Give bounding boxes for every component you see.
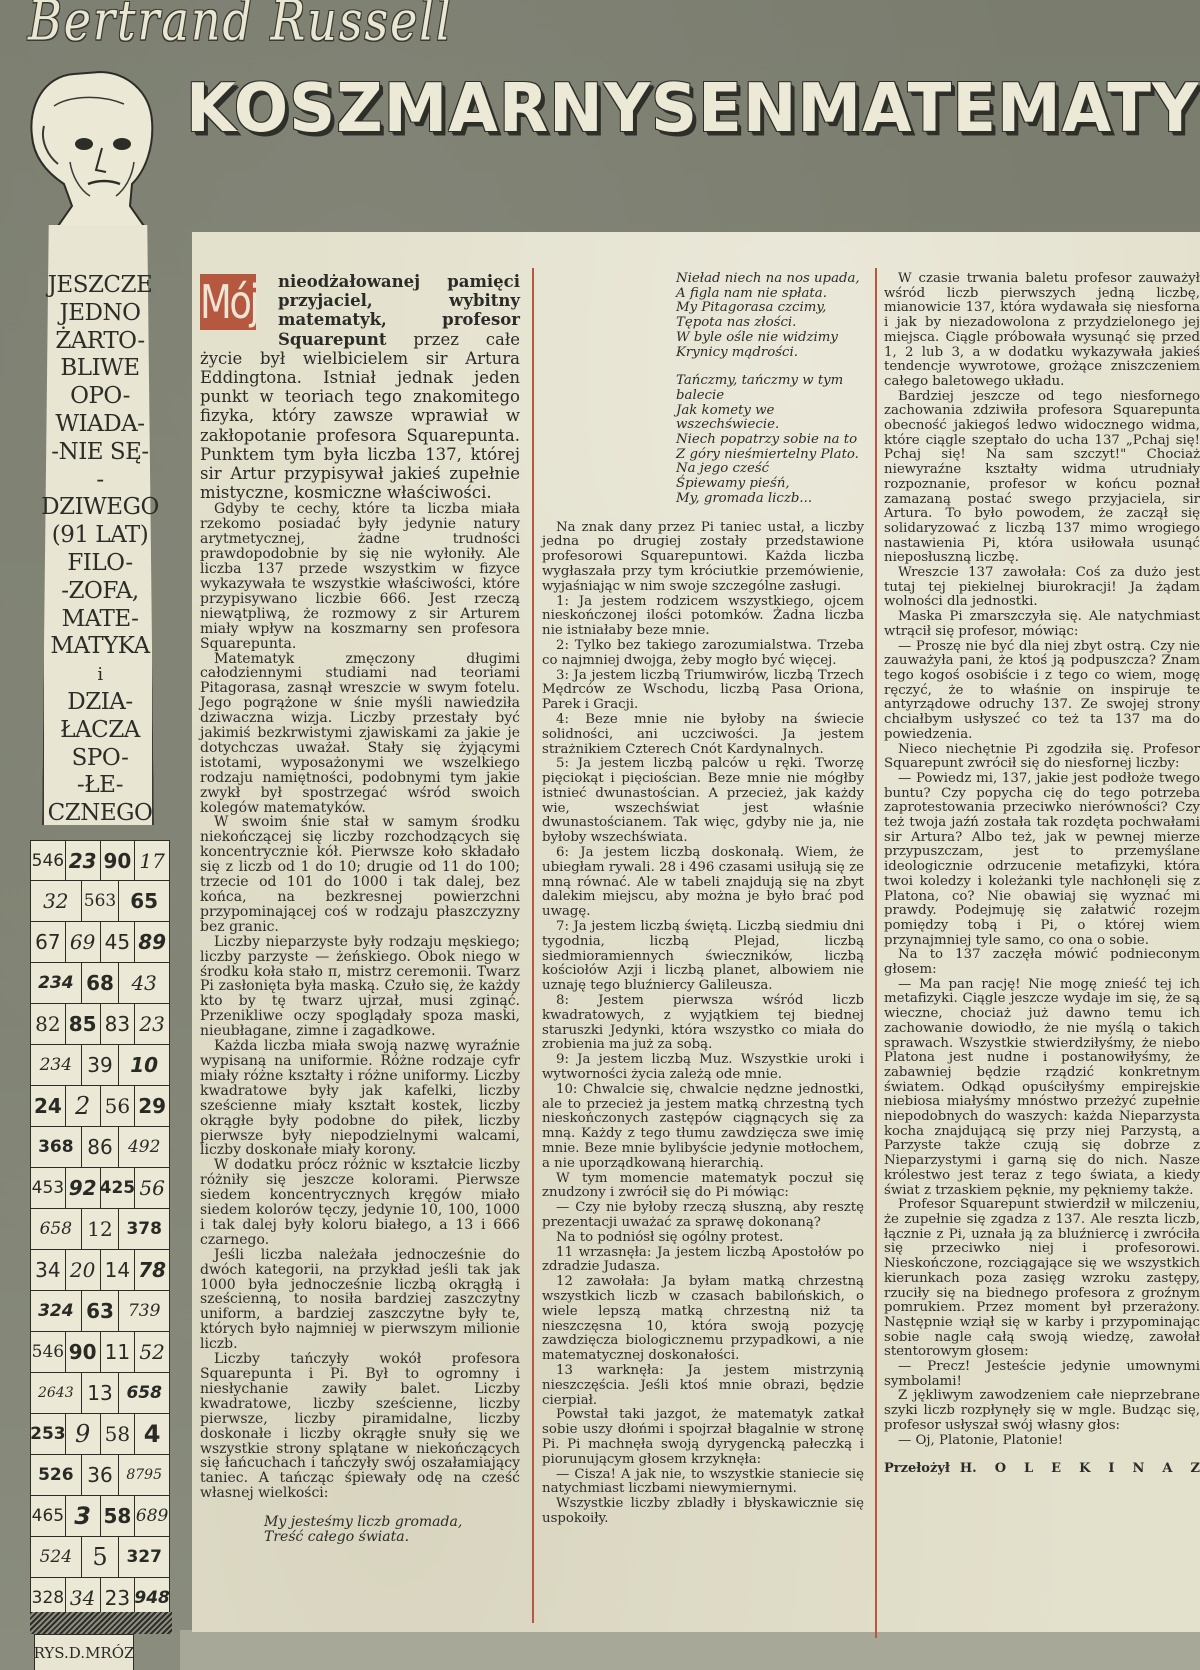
poem-verse-2: Nieład niech na nos upada,A figla nam ni…: [542, 272, 864, 360]
number-brick: 378: [119, 1209, 169, 1249]
paragraph: 12 zawołała: Ja byłam matką chrzestną ws…: [542, 1275, 864, 1364]
poem-line: Tańczmy, tańczmy w tym balecie: [612, 374, 864, 403]
translator-letter: L: [1024, 1462, 1033, 1477]
column-rule: [532, 268, 534, 1623]
brick-row: 36886492: [30, 1127, 170, 1168]
pillar-line: SPO-: [38, 745, 162, 773]
brick-row: 82858323: [30, 1004, 170, 1045]
number-brick: 234: [31, 1045, 82, 1085]
paragraph: 1: Ja jestem rodzicem wszystkiego, ojcem…: [542, 595, 864, 639]
author-name: Bertrand Russell: [28, 0, 453, 53]
number-brick: 10: [119, 1045, 169, 1085]
translator-letter: I: [1108, 1462, 1114, 1477]
lead-paragraph: Mój nieodżałowanej pamięci przyjaciel, w…: [200, 272, 520, 502]
number-brick: 82: [31, 1004, 66, 1044]
brick-row: 2346843: [30, 963, 170, 1004]
headline: KOSZMARNY SEN MATEMATYKA: [186, 70, 1196, 148]
poem-line: Śpiewamy pieśń,: [612, 477, 864, 492]
number-brick: 11: [101, 1332, 136, 1372]
brick-row: 3256365: [30, 881, 170, 922]
number-brick: 20: [66, 1250, 101, 1290]
pillar-line: -DZIWEGO: [38, 467, 162, 523]
number-brick: 45: [101, 922, 136, 962]
pillar-line: JESZCZE: [38, 272, 162, 300]
poem-line: Jak komety we wszechświecie.: [612, 404, 864, 433]
number-brick: 5: [82, 1537, 120, 1577]
column-rule: [875, 268, 877, 1638]
paragraph: Na to 137 zaczęła mówić podnieconym głos…: [884, 948, 1200, 977]
pillar-line: ŁACZA: [38, 717, 162, 745]
translator-letter: H.: [960, 1462, 977, 1477]
number-brick: 546: [31, 1332, 66, 1372]
article-column-2: Nieład niech na nos upada,A figla nam ni…: [542, 272, 864, 1527]
number-brick: 23: [66, 841, 101, 880]
number-brick: 65: [119, 881, 169, 921]
article-column-3: W czasie trwania baletu profesor zauważy…: [884, 272, 1200, 1477]
number-bricks: 5462390173256365676945892346843828583232…: [30, 840, 170, 1619]
lead-text: przez całe życie był wielbicielem sir Ar…: [200, 330, 520, 503]
number-brick: 453: [31, 1168, 66, 1208]
number-brick: 63: [82, 1291, 120, 1331]
number-brick: 85: [66, 1004, 101, 1044]
paragraph: W czasie trwania baletu profesor zauważy…: [884, 272, 1200, 390]
number-brick: 324: [31, 1291, 82, 1331]
paragraph: 2: Tylko bez takiego zarozumialstwa. Trz…: [542, 639, 864, 669]
number-brick: 58: [101, 1496, 136, 1536]
number-brick: 39: [82, 1045, 120, 1085]
pillar-line: JEDNO: [38, 300, 162, 328]
number-brick: 563: [82, 881, 120, 921]
paragraph: Na znak dany przez Pi taniec ustał, a li…: [542, 521, 864, 595]
brick-row: 2343910: [30, 1045, 170, 1086]
translator-letter: N: [1133, 1462, 1145, 1477]
number-brick: 43: [119, 963, 169, 1003]
paragraph: Wreszcie 137 zawołała: Coś za dużo jest …: [884, 566, 1200, 610]
poem-line: My Pitagorasa czcimy,: [612, 301, 864, 316]
paragraph: 11 wrzasnęła: Ja jestem liczbą Apostołów…: [542, 1246, 864, 1276]
number-brick: 8795: [119, 1455, 169, 1495]
paragraph: Matematyk zmęczony długimi całodziennymi…: [200, 652, 520, 816]
number-brick: 90: [66, 1332, 101, 1372]
number-brick: 34: [31, 1250, 66, 1290]
paragraph: — Oj, Platonie, Platonie!: [884, 1434, 1200, 1449]
paragraph: Z jękliwym zawodzeniem całe nieprzebrane…: [884, 1389, 1200, 1433]
translator-name: H.OLEKINAZ: [960, 1462, 1200, 1477]
poem-line: A figla nam nie spłata.: [612, 287, 864, 302]
illustration-credit: RYS.D.MRÓZ: [34, 1634, 134, 1670]
poem-line: My, gromada liczb...: [612, 492, 864, 507]
number-brick: 52: [135, 1332, 169, 1372]
pillar-line: OPO-: [38, 383, 162, 411]
russell-bust-illustration: [14, 66, 184, 236]
pillar-plinth: [30, 1612, 172, 1634]
brick-row: 32463739: [30, 1291, 170, 1332]
poem-line: Tępota nas złości.: [612, 316, 864, 331]
poem-line: Na jego cześć: [612, 462, 864, 477]
number-brick: 526: [31, 1455, 82, 1495]
pillar-line: WIADA-: [38, 411, 162, 439]
number-brick: 3: [66, 1496, 101, 1536]
poem-line: Niech popatrzy sobie na to: [612, 433, 864, 448]
number-brick: 327: [119, 1537, 169, 1577]
brick-row: 67694589: [30, 922, 170, 963]
paragraph: 9: Ja jestem liczbą Muz. Wszystkie uroki…: [542, 1053, 864, 1083]
paragraph: Wszystkie liczby zbladły i błyskawicznie…: [542, 1497, 864, 1527]
paragraph: Liczby tańczyły wokół profesora Squarepu…: [200, 1352, 520, 1501]
pillar-line: -NIE SĘ-: [38, 439, 162, 467]
number-brick: 56: [101, 1086, 136, 1126]
number-brick: 83: [101, 1004, 136, 1044]
poem-line: My jesteśmy liczb gromada,: [200, 1515, 520, 1530]
paragraph: 6: Ja jestem liczbą doskonałą. Wiem, że …: [542, 846, 864, 920]
pillar-line: MATYKA: [38, 633, 162, 661]
poem-line: Treść całego świata.: [200, 1530, 520, 1545]
pillar-line: i: [38, 661, 162, 689]
number-brick: 425: [101, 1168, 136, 1208]
paragraph: W swoim śnie stał w samym środku niekońc…: [200, 815, 520, 934]
number-brick: 86: [82, 1127, 120, 1167]
poem-line: Z góry nieśmiertelny Plato.: [612, 448, 864, 463]
number-brick: 32: [31, 881, 82, 921]
translator-letter: K: [1079, 1462, 1090, 1477]
number-brick: 90: [101, 841, 136, 880]
pillar-line: FILO-: [38, 550, 162, 578]
brick-row: 264313658: [30, 1373, 170, 1414]
pillar-subtitle: JESZCZEJEDNOŻARTO-BLIWEOPO-WIADA--NIE SĘ…: [38, 272, 162, 828]
article-column-1: Mój nieodżałowanej pamięci przyjaciel, w…: [200, 272, 520, 1545]
number-brick: 234: [31, 963, 82, 1003]
number-brick: 29: [135, 1086, 169, 1126]
paragraph: — Ma pan rację! Nie mogę znieść tej ich …: [884, 978, 1200, 1199]
paragraph: Profesor Squarepunt stwierdził w milczen…: [884, 1198, 1200, 1360]
number-brick: 689: [135, 1496, 169, 1536]
pillar-line: CZNEGO: [38, 800, 162, 828]
pillar-line: -ŁE-: [38, 772, 162, 800]
number-brick: 13: [82, 1373, 120, 1413]
number-brick: 658: [119, 1373, 169, 1413]
paragraph: 3: Ja jestem liczbą Triumwirów, liczbą T…: [542, 669, 864, 713]
drop-cap: Mój: [200, 274, 256, 330]
number-brick: 253: [31, 1414, 66, 1454]
number-brick: 24: [31, 1086, 66, 1126]
paragraph: Gdyby te cechy, które ta liczba miała rz…: [200, 502, 520, 651]
brick-row: 4539242556: [30, 1168, 170, 1209]
number-brick: 4: [135, 1414, 169, 1454]
number-brick: 658: [31, 1209, 82, 1249]
translator-letter: E: [1051, 1462, 1061, 1477]
pillar-line: ŻARTO-: [38, 328, 162, 356]
number-brick: 12: [82, 1209, 120, 1249]
brick-row: 5245327: [30, 1537, 170, 1578]
poem-line: W byle ośle nie widzimy: [612, 331, 864, 346]
paragraph: Maska Pi zmarszczyła się. Ale natychmias…: [884, 610, 1200, 639]
paragraph: 5: Ja jestem liczbą palców u ręki. Tworz…: [542, 757, 864, 846]
brick-row: 65812378: [30, 1209, 170, 1250]
pillar-line: -ZOFA,: [38, 578, 162, 606]
paragraph: — Cisza! A jak nie, to wszystkie staniec…: [542, 1468, 864, 1498]
number-brick: 68: [82, 963, 120, 1003]
article-panel: Mój nieodżałowanej pamięci przyjaciel, w…: [192, 232, 1200, 1632]
paragraph: 4: Beze mnie nie byłoby na świecie solid…: [542, 713, 864, 757]
number-brick: 58: [101, 1414, 136, 1454]
bottom-strip: [180, 1630, 1200, 1670]
brick-row: 2425629: [30, 1086, 170, 1127]
number-brick: 546: [31, 841, 66, 880]
paragraph: 10: Chwalcie się, chwalcie nędzne jednos…: [542, 1083, 864, 1172]
paragraph: Liczby nieparzyste były rodzaju męskiego…: [200, 935, 520, 1039]
paragraph: W dodatku prócz różnic w kształcie liczb…: [200, 1158, 520, 1247]
pillar-line: MATE-: [38, 606, 162, 634]
number-brick: 67: [31, 922, 66, 962]
paragraph: Na to podniósł się ogólny protest.: [542, 1231, 864, 1246]
brick-row: 546239017: [30, 840, 170, 881]
number-brick: 524: [31, 1537, 82, 1577]
paragraph: Każda liczba miała swoją nazwę wyraźnie …: [200, 1039, 520, 1158]
paragraph: Powstał taki jazgot, że matematyk zatkał…: [542, 1408, 864, 1467]
brick-row: 526368795: [30, 1455, 170, 1496]
brick-row: 2539584: [30, 1414, 170, 1455]
number-brick: 92: [66, 1168, 101, 1208]
paragraph: — Powiedz mi, 137, jakie jest podłoże tw…: [884, 772, 1200, 948]
paragraph: Bardziej jeszcze od tego niesfornego zac…: [884, 390, 1200, 566]
number-brick: 739: [119, 1291, 169, 1331]
poem-line: Nieład niech na nos upada,: [612, 272, 864, 287]
number-brick: 23: [135, 1004, 169, 1044]
paragraph: Nieco niechętnie Pi zgodziła się. Profes…: [884, 743, 1200, 772]
pillar-line: (91 LAT): [38, 522, 162, 550]
headline-word: KOSZMARNY: [186, 70, 651, 148]
brick-row: 546901152: [30, 1332, 170, 1373]
paragraph: W tym momencie matematyk poczuł się znud…: [542, 1172, 864, 1202]
headline-word: MATEMATYKA: [797, 70, 1200, 148]
paragraph: — Precz! Jesteście jedynie umownymi symb…: [884, 1360, 1200, 1389]
number-brick: 2: [66, 1086, 101, 1126]
number-brick: 492: [119, 1127, 169, 1167]
paragraph: 13 warknęła: Ja jestem mistrzynią nieszc…: [542, 1364, 864, 1408]
headline-word: SEN: [651, 70, 797, 148]
number-brick: 17: [135, 841, 169, 880]
paragraph: Jeśli liczba należała jednocześnie do dw…: [200, 1248, 520, 1352]
number-brick: 78: [135, 1250, 169, 1290]
number-brick: 56: [135, 1168, 169, 1208]
poem-line: Krynicy mądrości.: [612, 346, 864, 361]
brick-row: 465358689: [30, 1496, 170, 1537]
pillar-line: BLIWE: [38, 355, 162, 383]
brick-row: 34201478: [30, 1250, 170, 1291]
number-brick: 9: [66, 1414, 101, 1454]
number-brick: 368: [31, 1127, 82, 1167]
translator-credit: Przełożył H.OLEKINAZ: [884, 1462, 1200, 1477]
paragraph: 7: Ja jestem liczbą świętą. Liczbą siedm…: [542, 920, 864, 994]
number-brick: 465: [31, 1496, 66, 1536]
poem-verse-1: My jesteśmy liczb gromada,Treść całego ś…: [200, 1515, 520, 1544]
pillar-line: DZIA-: [38, 689, 162, 717]
number-brick: 89: [135, 922, 169, 962]
poem-verse-3: Tańczmy, tańczmy w tym balecieJak komety…: [542, 374, 864, 506]
number-brick: 69: [66, 922, 101, 962]
number-brick: 36: [82, 1455, 120, 1495]
paragraph: 8: Jestem pierwsza wśród liczb kwadratow…: [542, 994, 864, 1053]
translator-letter: Z: [1190, 1462, 1200, 1477]
translator-letter: A: [1162, 1462, 1172, 1477]
number-brick: 14: [101, 1250, 136, 1290]
number-brick: 2643: [31, 1373, 82, 1413]
paragraph: — Proszę nie być dla niej zbyt ostrą. Cz…: [884, 640, 1200, 743]
translator-label: Przełożył: [884, 1462, 950, 1477]
paragraph: — Czy nie byłoby rzeczą słuszną, aby res…: [542, 1201, 864, 1231]
translator-letter: O: [995, 1462, 1006, 1477]
